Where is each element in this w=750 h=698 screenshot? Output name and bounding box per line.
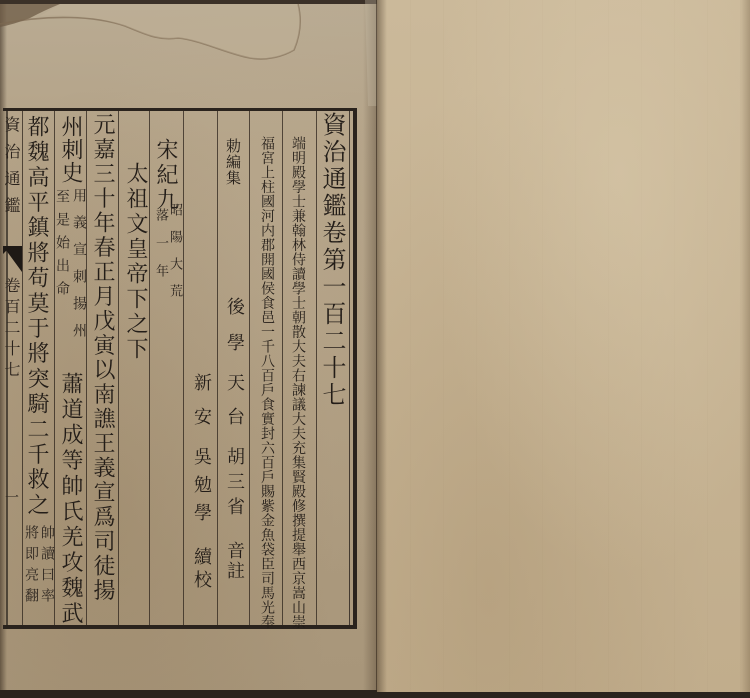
author-titles-line-1: 端明殿學士兼翰林侍讀學士朝散大夫右諫議大夫充集賢殿修撰提舉西京嵩山崇 xyxy=(291,136,305,629)
frame-right-outer-border xyxy=(353,108,357,629)
collator-place: 新安 xyxy=(192,373,210,441)
annotator-place: 天台 xyxy=(225,373,243,441)
gutter-line xyxy=(376,0,377,692)
compiled-by-edict: 勅編集 xyxy=(225,138,240,186)
margin-volume-number: 卷百二十七 xyxy=(3,277,19,382)
margin-book-title: 資治通鑑 xyxy=(3,116,19,224)
column-rule xyxy=(149,110,150,625)
annotator-role: 音註 xyxy=(225,541,243,581)
annotator-name: 胡三省 xyxy=(225,447,243,522)
column-rule xyxy=(249,110,250,625)
right-page-blank xyxy=(377,0,750,692)
annotator-later-scholar: 後學 xyxy=(225,297,243,369)
book-spread: 資治通鑑 卷百二十七 一 資治通鑑卷第一百二十七 端明殿學士兼翰林侍讀學士朝散大… xyxy=(0,0,750,698)
left-page: 資治通鑑 卷百二十七 一 資治通鑑卷第一百二十七 端明殿學士兼翰林侍讀學士朝散大… xyxy=(0,0,377,690)
margin-page-number: 一 xyxy=(4,490,18,504)
fishtail-icon xyxy=(3,246,22,272)
collator-name: 吳勉學 xyxy=(192,447,210,531)
chapter-note-left: 落一年 xyxy=(154,208,167,292)
collator-role: 續校 xyxy=(192,547,210,593)
column-rule xyxy=(217,110,218,625)
body-line-3-note-left: 將即亮翻 xyxy=(24,525,38,609)
body-line-2-note-left: 至是始出命 xyxy=(55,189,69,304)
gutter-shadow xyxy=(377,0,387,692)
page-edge-shadow xyxy=(740,0,750,692)
chapter-note-right: 昭陽大荒 xyxy=(168,203,181,311)
body-line-3-note-right: 帥讀曰率 xyxy=(40,525,54,609)
reign-heading: 太祖文皇帝下之下 xyxy=(124,162,146,362)
column-rule xyxy=(316,110,317,625)
torn-paper-top-margin xyxy=(0,0,377,106)
column-rule xyxy=(282,110,283,625)
frame-top-border xyxy=(3,108,357,111)
body-line-2-bottom: 蕭道成等帥氏羌攻魏武 xyxy=(59,372,81,627)
body-line-3: 都魏高平鎮將苟莫于將突騎二千救之 xyxy=(25,115,47,518)
body-line-1: 元嘉三十年春正月戊寅以南譙王義宣爲司徒揚 xyxy=(91,113,113,603)
column-rule xyxy=(118,110,119,625)
body-line-2-note-right: 用義宣刺揚州 xyxy=(72,188,86,350)
body-line-2-top: 州刺史 xyxy=(59,115,81,184)
chapter-title: 宋紀九 xyxy=(154,138,176,213)
volume-title: 資治通鑑卷第一百二十七 xyxy=(320,112,344,409)
author-titles-line-2: 福宮上柱國河内郡開國侯食邑一千八百戶食實封六百戶賜紫金魚袋臣司馬光奉 xyxy=(260,136,274,629)
column-rule xyxy=(183,110,184,625)
frame-right-inner-border xyxy=(349,110,350,625)
